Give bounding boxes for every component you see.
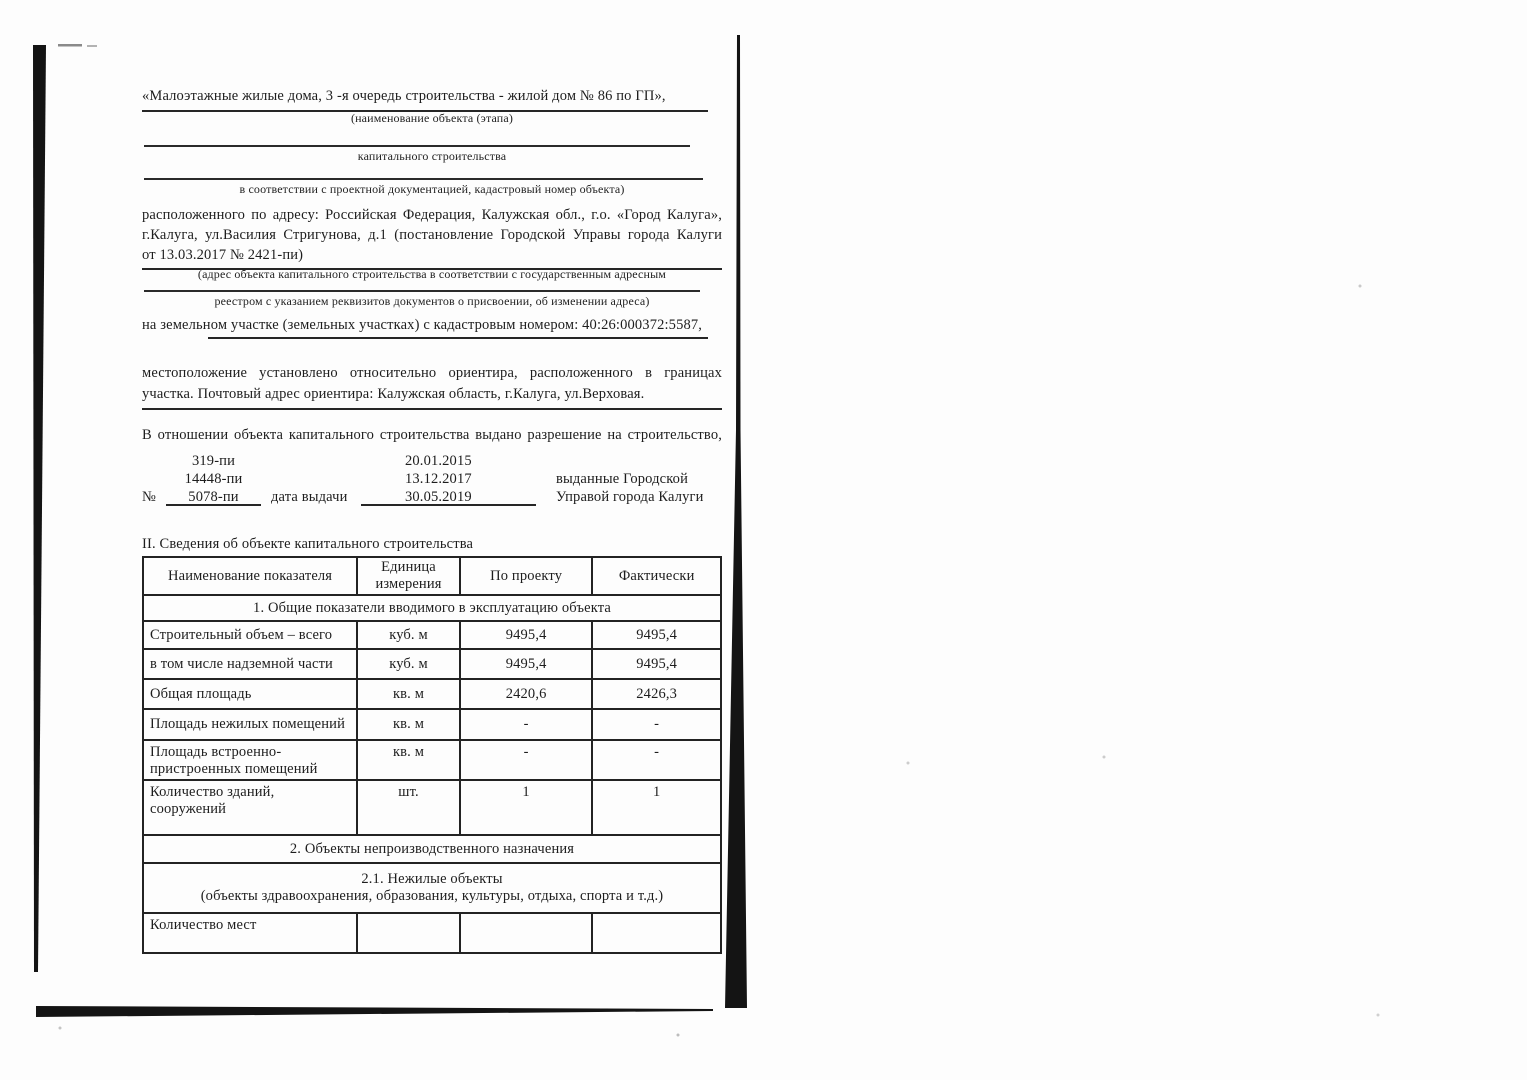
indicator-name: Площадь встроенно- пристроенных помещени… bbox=[143, 740, 357, 780]
scanned-document-page: «Малоэтажные жилые дома, 3 -я очередь ст… bbox=[0, 0, 1527, 1080]
indicator-project-value: - bbox=[460, 709, 592, 740]
permit-date: 13.12.2017 bbox=[361, 470, 536, 488]
section-ii-title: II. Сведения об объекте капитального стр… bbox=[142, 536, 722, 553]
indicator-name: Количество мест bbox=[143, 913, 357, 953]
scan-speck bbox=[1377, 1014, 1380, 1017]
scan-right-edge-bar bbox=[725, 35, 747, 1008]
permit-intro-line: В отношении объекта капитального строите… bbox=[142, 427, 722, 444]
address-line: г.Калуга, ул.Василия Стригунова, д.1 (по… bbox=[142, 225, 722, 245]
blank-field-line bbox=[144, 290, 700, 292]
permit-date-underlined: 30.05.2019 bbox=[361, 488, 536, 506]
caption-project-doc: в соответствии с проектной документацией… bbox=[142, 182, 722, 197]
indicator-project-value: 2420,6 bbox=[460, 679, 592, 709]
scan-left-edge-bar bbox=[33, 45, 46, 972]
table-section-row: 2.1. Нежилые объекты (объекты здравоохра… bbox=[143, 863, 721, 913]
indicator-project-value: 1 bbox=[460, 780, 592, 835]
permit-number: 319-пи bbox=[166, 452, 261, 470]
table-row: Количество мест bbox=[143, 913, 721, 953]
scan-top-dash bbox=[58, 44, 82, 47]
indicator-unit: шт. bbox=[357, 780, 460, 835]
permit-number-underlined: 5078-пи bbox=[166, 488, 261, 506]
column-header: По проекту bbox=[460, 557, 592, 595]
land-parcel-line: на земельном участке (земельных участках… bbox=[142, 317, 722, 339]
table-row: Площадь встроенно- пристроенных помещени… bbox=[143, 740, 721, 780]
land-parcel-cadastral: участке (земельных участках) с кадастров… bbox=[227, 317, 702, 333]
scan-top-dash bbox=[87, 45, 97, 47]
scan-speck bbox=[907, 762, 910, 765]
indicator-name: Количество зданий, сооружений bbox=[143, 780, 357, 835]
indicator-actual-value: 1 bbox=[592, 780, 721, 835]
permit-issuer bbox=[536, 452, 722, 470]
permit-numbers-block: 319-пи 20.01.2015 14448-пи 13.12.2017 вы… bbox=[142, 452, 722, 506]
table-row: Общая площадь кв. м 2420,6 2426,3 bbox=[143, 679, 721, 709]
table-row: в том числе надземной части куб. м 9495,… bbox=[143, 649, 721, 679]
indicator-unit: кв. м bbox=[357, 709, 460, 740]
column-header: Единица измерения bbox=[357, 557, 460, 595]
table-row: Площадь нежилых помещений кв. м - - bbox=[143, 709, 721, 740]
indicator-unit: кв. м bbox=[357, 679, 460, 709]
table-header-row: Наименование показателя Единица измерени… bbox=[143, 557, 721, 595]
permit-row: № 5078-пи дата выдачи 30.05.2019 Управой… bbox=[142, 488, 722, 506]
table-row: Количество зданий, сооружений шт. 1 1 bbox=[143, 780, 721, 835]
address-line: расположенного по адресу: Российская Фед… bbox=[142, 205, 722, 225]
permit-issuer: Управой города Калуги bbox=[536, 488, 722, 506]
permit-date-label: дата выдачи bbox=[261, 488, 361, 506]
caption-address-registry-2: реестром с указанием реквизитов документ… bbox=[142, 294, 722, 309]
object-name-line: «Малоэтажные жилые дома, 3 -я очередь ст… bbox=[142, 88, 708, 112]
permit-row: 319-пи 20.01.2015 bbox=[142, 452, 722, 470]
permit-row: 14448-пи 13.12.2017 выданные Городской bbox=[142, 470, 722, 488]
indicator-actual-value: - bbox=[592, 740, 721, 780]
permit-date: 20.01.2015 bbox=[361, 452, 536, 470]
indicator-name: Строительный объем – всего bbox=[143, 621, 357, 649]
underline bbox=[208, 337, 708, 339]
permit-date-label-spacer bbox=[261, 452, 361, 470]
indicator-actual-value: 2426,3 bbox=[592, 679, 721, 709]
caption-address-registry-1: (адрес объекта капитального строительств… bbox=[142, 267, 722, 282]
location-line-underlined: участка. Почтовый адрес ориентира: Калуж… bbox=[142, 384, 722, 410]
section-label: 2. Объекты непроизводственного назначени… bbox=[143, 835, 721, 863]
indicator-actual-value: 9495,4 bbox=[592, 621, 721, 649]
indicator-project-value bbox=[460, 913, 592, 953]
scan-speck bbox=[59, 1027, 62, 1030]
object-info-table: Наименование показателя Единица измерени… bbox=[142, 556, 722, 954]
section-label: 1. Общие показатели вводимого в эксплуат… bbox=[143, 595, 721, 621]
indicator-unit bbox=[357, 913, 460, 953]
permit-number-sign: № bbox=[142, 488, 166, 506]
indicator-unit: куб. м bbox=[357, 649, 460, 679]
column-header: Фактически bbox=[592, 557, 721, 595]
table-row: Строительный объем – всего куб. м 9495,4… bbox=[143, 621, 721, 649]
indicator-name: Площадь нежилых помещений bbox=[143, 709, 357, 740]
document-content: «Малоэтажные жилые дома, 3 -я очередь ст… bbox=[142, 0, 722, 1080]
indicator-name: в том числе надземной части bbox=[143, 649, 357, 679]
table-section-row: 2. Объекты непроизводственного назначени… bbox=[143, 835, 721, 863]
permit-issuer: выданные Городской bbox=[536, 470, 722, 488]
land-parcel-prefix: на земельном bbox=[142, 317, 227, 333]
indicator-actual-value bbox=[592, 913, 721, 953]
location-paragraph: местоположение установлено относительно … bbox=[142, 363, 722, 410]
address-paragraph: расположенного по адресу: Российская Фед… bbox=[142, 205, 722, 270]
location-line: местоположение установлено относительно … bbox=[142, 363, 722, 384]
caption-capital-construction: капитального строительства bbox=[142, 149, 722, 164]
indicator-actual-value: - bbox=[592, 709, 721, 740]
scan-speck bbox=[1103, 756, 1106, 759]
indicator-project-value: 9495,4 bbox=[460, 621, 592, 649]
indicator-unit: куб. м bbox=[357, 621, 460, 649]
column-header: Наименование показателя bbox=[143, 557, 357, 595]
permit-date-label-spacer bbox=[261, 470, 361, 488]
indicator-project-value: 9495,4 bbox=[460, 649, 592, 679]
permit-number-sign-spacer bbox=[142, 452, 166, 470]
table-section-row: 1. Общие показатели вводимого в эксплуат… bbox=[143, 595, 721, 621]
scan-speck bbox=[1359, 285, 1362, 288]
indicator-actual-value: 9495,4 bbox=[592, 649, 721, 679]
permit-number-sign-spacer bbox=[142, 470, 166, 488]
indicator-name: Общая площадь bbox=[143, 679, 357, 709]
permit-number: 14448-пи bbox=[166, 470, 261, 488]
indicator-unit: кв. м bbox=[357, 740, 460, 780]
section-label: 2.1. Нежилые объекты (объекты здравоохра… bbox=[143, 863, 721, 913]
blank-field-line bbox=[144, 178, 703, 180]
caption-object-name: (наименование объекта (этапа) bbox=[142, 111, 722, 126]
indicator-project-value: - bbox=[460, 740, 592, 780]
blank-field-line bbox=[144, 145, 690, 147]
